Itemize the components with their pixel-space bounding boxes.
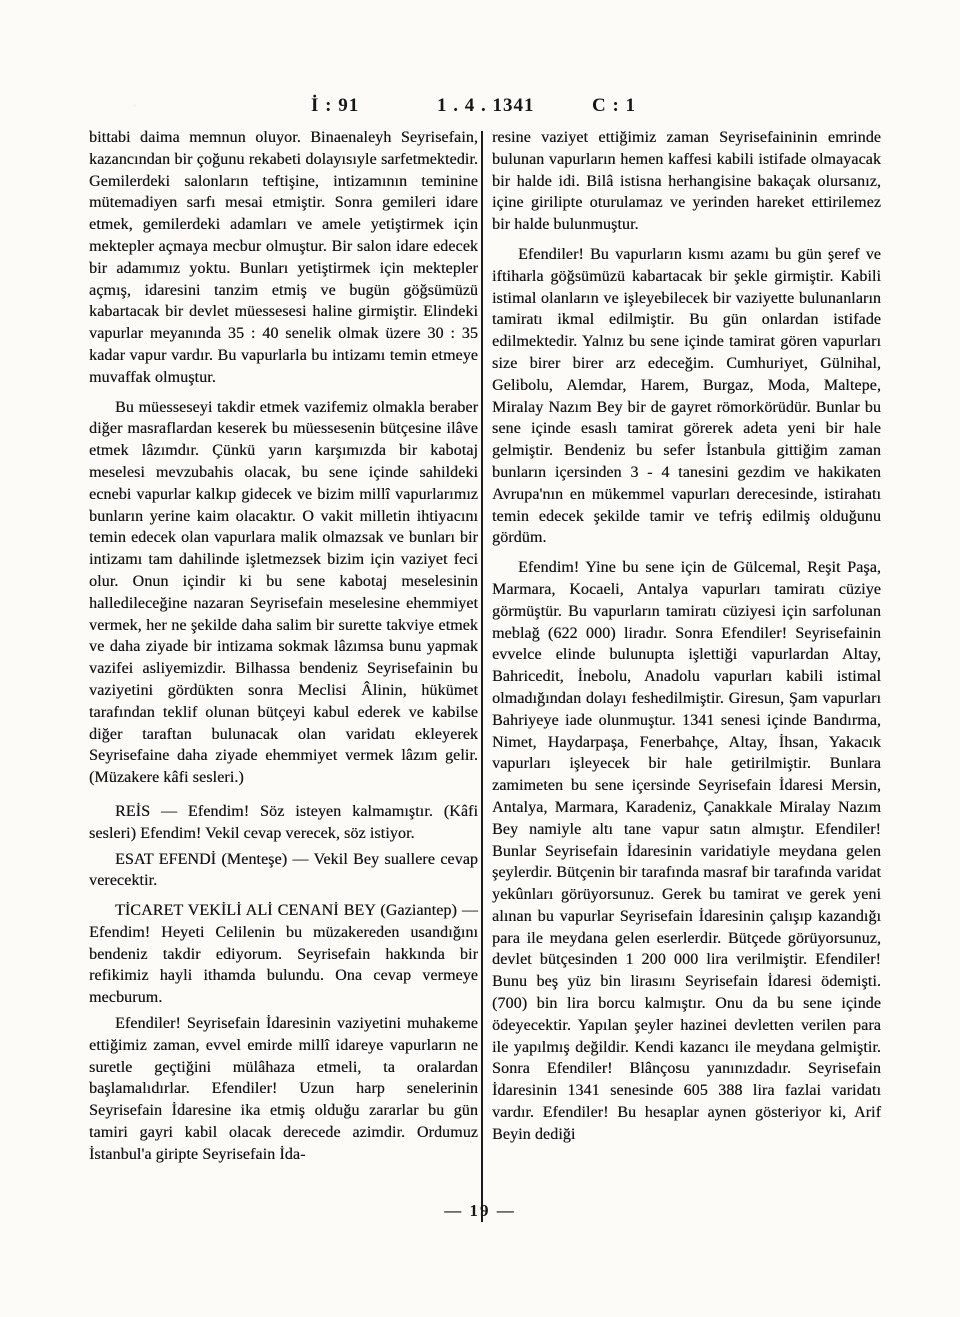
header-sitting-number: C : 1: [592, 95, 636, 117]
paragraph: Efendiler! Bu vapurların kısmı azamı bu …: [492, 244, 881, 549]
page-footer: — 19 —: [0, 1201, 960, 1221]
paragraph-speaker-esat-efendi: ESAT EFENDİ (Menteşe) — Vekil Bey sualle…: [89, 849, 478, 893]
paragraph: resine vaziyet ettiğimiz zaman Seyrisefa…: [492, 127, 881, 236]
header-date: 1 . 4 . 1341: [437, 95, 535, 117]
document-page: İ : 91 1 . 4 . 1341 C : 1 bittabi daima …: [0, 0, 960, 1317]
column-divider-rule: [481, 131, 483, 1222]
paragraph: bittabi daima memnun oluyor. Binaenaleyh…: [89, 127, 478, 389]
right-column: resine vaziyet ettiğimiz zaman Seyrisefa…: [492, 127, 881, 1146]
header-session-number: İ : 91: [311, 95, 359, 117]
paragraph-speaker-ticaret-vekili: TİCARET VEKİLİ ALİ CENANİ BEY (Gaziantep…: [89, 900, 478, 1009]
paragraph: Efendiler! Seyrisefain İdaresinin vaziye…: [89, 1013, 478, 1166]
paragraph-speaker-reis: REİS — Efendim! Söz isteyen kalmamıştır.…: [89, 801, 478, 845]
paragraph: Bu müesseseyi takdir etmek vazifemiz olm…: [89, 397, 478, 789]
page-number: — 19 —: [444, 1201, 516, 1220]
left-column: bittabi daima memnun oluyor. Binaenaleyh…: [89, 127, 478, 1166]
page-header: İ : 91 1 . 4 . 1341 C : 1: [0, 95, 960, 121]
paragraph: Efendim! Yine bu sene için de Gülcemal, …: [492, 557, 881, 1146]
